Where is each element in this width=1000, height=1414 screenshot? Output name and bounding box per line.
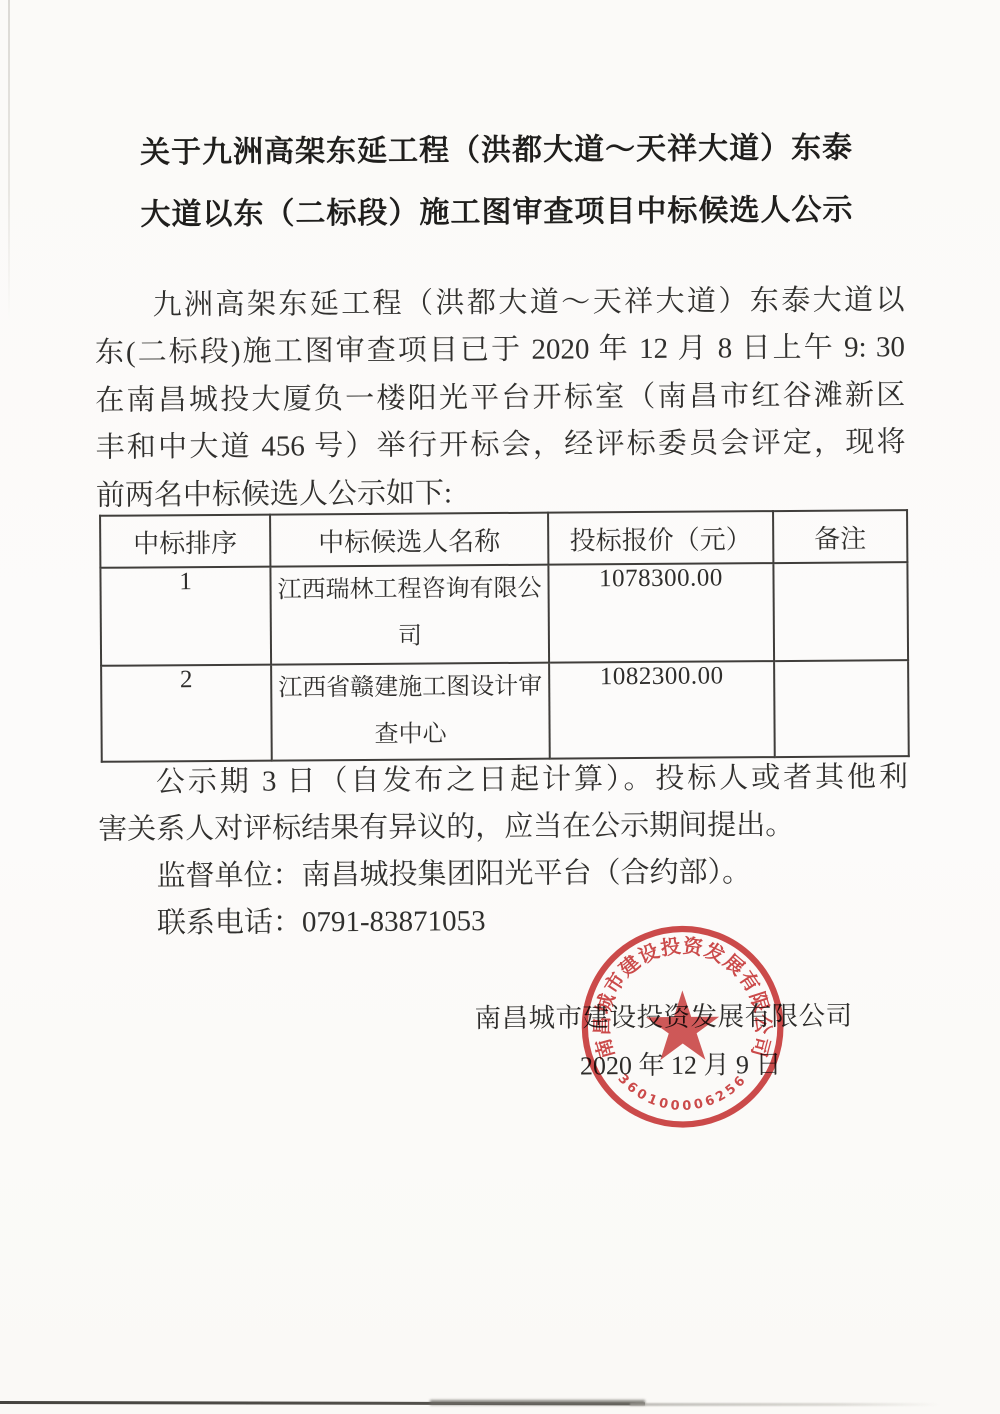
notice-title: 关于九洲高架东延工程（洪都大道～天祥大道）东泰 大道以东（二标段）施工图审查项目… xyxy=(0,117,997,248)
scan-edge-artifact-bottom-faint xyxy=(630,1403,940,1406)
notice-title-line-2: 大道以东（二标段）施工图审查项目中标候选人公示 xyxy=(0,179,997,248)
contact-phone-line: 联系电话：0791-83871053 xyxy=(99,900,909,942)
document-content: 关于九洲高架东延工程（洪都大道～天祥大道）东泰 大道以东（二标段）施工图审查项目… xyxy=(0,0,1000,1414)
table-row: 1 江西瑞林工程咨询有限公司 1078300.00 xyxy=(100,562,908,666)
intro-line-4: 丰和中大道 456 号）举行开标会，经评标委员会评定，现将 xyxy=(95,424,905,466)
candidate-name: 江西省赣建施工图设计审查中心 xyxy=(271,663,550,761)
rank-value: 1 xyxy=(100,567,271,666)
header-bid-price: 投标报价（元） xyxy=(548,511,773,565)
bid-price: 1078300.00 xyxy=(548,563,774,663)
table-header-row: 中标排序 中标候选人名称 投标报价（元） 备注 xyxy=(100,510,907,568)
candidate-name: 江西瑞林工程咨询有限公司 xyxy=(270,565,549,665)
remark-value xyxy=(773,562,908,661)
seal-star-icon xyxy=(646,990,720,1060)
intro-line-1: 九洲高架东延工程（洪都大道～天祥大道）东泰大道以 xyxy=(94,282,904,324)
intro-line-5: 前两名中标候选人公示如下: xyxy=(96,472,906,514)
notice-title-line-1: 关于九洲高架东延工程（洪都大道～天祥大道）东泰 xyxy=(0,117,997,186)
rank-value: 2 xyxy=(101,665,272,762)
intro-line-2: 东(二标段)施工图审查项目已于 2020 年 12 月 8 日上午 9: 30 xyxy=(95,329,905,371)
header-remark: 备注 xyxy=(773,510,907,563)
bid-price: 1082300.00 xyxy=(549,661,775,759)
intro-line-3: 在南昌城投大厦负一楼阳光平台开标室（南昌市红谷滩新区 xyxy=(95,377,905,419)
remark-value xyxy=(774,660,909,757)
notice-period-line-1: 公示期 3 日（自发布之日起计算）。投标人或者其他利 xyxy=(98,759,908,801)
scan-edge-artifact-left xyxy=(8,0,10,320)
scanned-document-page: 关于九洲高架东延工程（洪都大道～天祥大道）东泰 大道以东（二标段）施工图审查项目… xyxy=(0,0,1000,1414)
supervisor-line: 监督单位：南昌城投集团阳光平台（合约部）。 xyxy=(98,853,908,895)
bid-candidates-table: 中标排序 中标候选人名称 投标报价（元） 备注 1 江西瑞林工程咨询有限公司 1… xyxy=(99,509,910,763)
header-candidate-name: 中标候选人名称 xyxy=(270,513,548,567)
company-seal: 南昌城市建设投资发展有限公司 3601000062568 xyxy=(578,922,787,1131)
scan-smudge-artifact xyxy=(430,1400,645,1405)
notice-period-line-2: 害关系人对评标结果有异议的，应当在公示期间提出。 xyxy=(98,806,908,848)
table-row: 2 江西省赣建施工图设计审查中心 1082300.00 xyxy=(101,660,909,762)
header-rank: 中标排序 xyxy=(100,515,270,568)
